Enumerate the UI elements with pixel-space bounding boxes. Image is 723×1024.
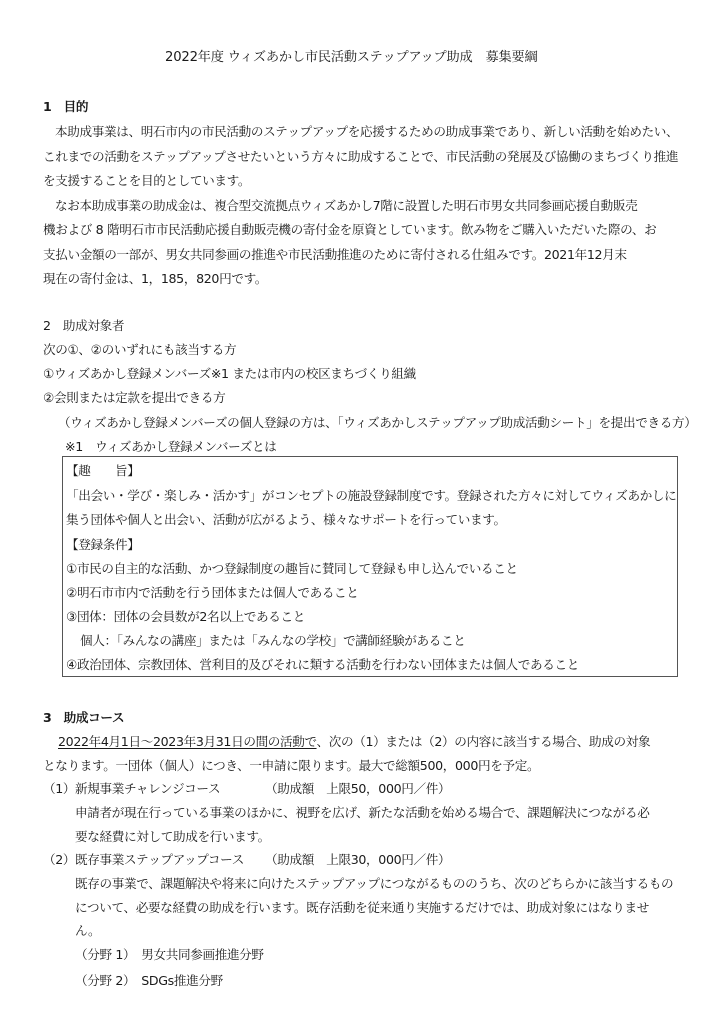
courses-intro-line-2: となります。一団体（個人）につき、一申請に限ります。最大で総額500，000円を…	[43, 758, 539, 774]
eligibility-intro: 次の①、②のいずれにも該当する方	[43, 342, 236, 358]
purpose-paragraph-1-line-3: を支援することを目的としています。	[43, 173, 250, 189]
course-1-number: （1）	[43, 781, 75, 797]
purpose-paragraph-1-line-1: 本助成事業は、明石市内の市民活動のステップアップを応援するための助成事業であり、…	[55, 124, 678, 140]
purpose-paragraph-2-line-1: なお本助成事業の助成金は、複合型交流拠点ウィズあかし7階に設置した明石市男女共同…	[55, 198, 637, 214]
members-footnote-label: ※1 ウィズあかし登録メンバーズとは	[65, 439, 277, 455]
course-2-amount: （助成額 上限30，000円／件）	[265, 852, 450, 868]
document-title: 2022年度 ウィズあかし市民活動ステップアップ助成 募集要綱	[165, 50, 537, 66]
section-1-heading: 1 目的	[43, 99, 88, 115]
course-1-description-line-1: 申請者が現在行っている事業のほかに、視野を広げ、新たな活動を始める場合で、課題解…	[75, 805, 649, 821]
section-2-heading: 2 助成対象者	[43, 318, 124, 334]
courses-intro-rest: 、次の（1）または（2）の内容に該当する場合、助成の対象	[317, 734, 651, 749]
course-2-name: 既存事業ステップアップコース	[75, 852, 244, 868]
box-condition-1: ①市民の自主的な活動、かつ登録制度の趣旨に賛同して登録も申し込んでいること	[66, 561, 518, 577]
section-3-heading: 3 助成コース	[43, 710, 124, 726]
courses-intro-line-1: 2022年4月1日～2023年3月31日の間の活動で、次の（1）または（2）の内…	[58, 734, 650, 750]
box-condition-3: ③団体：団体の会員数が2名以上であること	[66, 609, 305, 625]
box-purpose-line-1: 「出会い・学び・楽しみ・活かす」がコンセプトの施設登録制度です。登録された方々に…	[66, 488, 676, 504]
course-1-amount: （助成額 上限50，000円／件）	[265, 781, 450, 797]
eligibility-item-1: ①ウィズあかし登録メンバーズ※1 または市内の校区まちづくり組織	[43, 366, 416, 382]
eligibility-note: （ウィズあかし登録メンバーズの個人登録の方は、「ウィズあかしステップアップ助成活…	[58, 415, 696, 431]
purpose-paragraph-1-line-2: これまでの活動をステップアップさせたいという方々に助成することで、市民活動の発展…	[43, 149, 678, 165]
eligibility-item-2: ②会則または定款を提出できる方	[43, 390, 225, 406]
course-2-description-line-1: 既存の事業で、課題解決や将来に向けたステップアップにつながるもののうち、次のどち…	[75, 876, 673, 892]
course-2-description-line-2: について、必要な経費の助成を行います。既存活動を従来通り実施するだけでは、助成対…	[75, 900, 649, 916]
box-conditions-heading: 【登録条件】	[66, 537, 139, 553]
box-condition-4: ④政治団体、宗教団体、営利目的及びそれに類する活動を行わない団体または個人である…	[66, 657, 579, 673]
course-2-number: （2）	[43, 852, 75, 868]
box-purpose-heading: 【趣 旨】	[66, 463, 139, 479]
purpose-paragraph-2-line-4: 現在の寄付金は、1，185，820円です。	[43, 271, 267, 287]
activity-period: 2022年4月1日～2023年3月31日の間の活動で	[58, 734, 317, 749]
purpose-paragraph-2-line-2: 機および 8 階明石市市民活動応援自動販売機の寄付金を原資としています。飲み物を…	[43, 222, 656, 238]
course-2-field-1: （分野 1） 男女共同参画推進分野	[75, 947, 264, 963]
box-condition-3-individual: 個人：「みんなの講座」または「みんなの学校」で講師経験があること	[80, 633, 466, 649]
box-condition-2: ②明石市市内で活動を行う団体または個人であること	[66, 585, 359, 601]
purpose-paragraph-2-line-3: 支払い金額の一部が、男女共同参画の推進や市民活動推進のために寄付される仕組みです…	[43, 247, 627, 263]
course-2-field-2: （分野 2） SDGs推進分野	[75, 973, 223, 989]
course-1-description-line-2: 要な経費に対して助成を行います。	[75, 829, 270, 845]
document-page: 2022年度 ウィズあかし市民活動ステップアップ助成 募集要綱 1 目的 本助成…	[0, 0, 723, 1024]
box-purpose-line-2: 集う団体や個人と出会い、活動が広がるよう、様々なサポートを行っています。	[66, 512, 506, 528]
course-1-name: 新規事業チャレンジコース	[75, 781, 220, 797]
course-2-description-line-3: ん。	[75, 923, 100, 939]
